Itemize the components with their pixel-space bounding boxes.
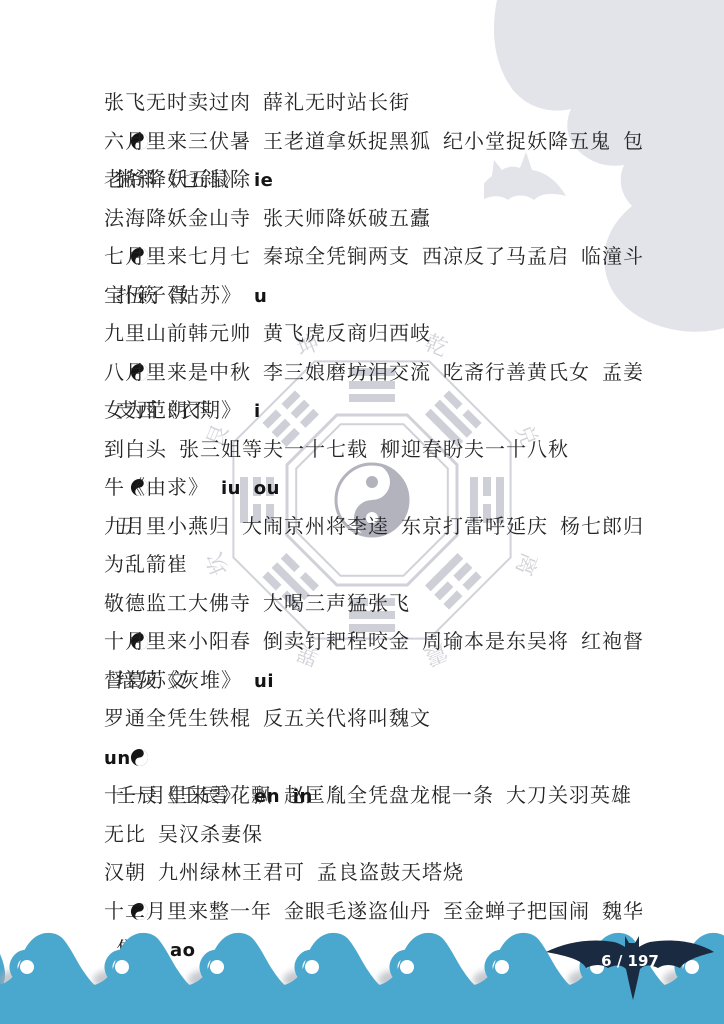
lyric-text: 无比 吴汉杀妻保 [104, 824, 263, 846]
lyric-text: 女为范朗不 [104, 400, 209, 422]
lyric-text: 十一月里来雪花飘 赵匡胤全凭盘龙棍一条 大刀关羽英雄 [104, 785, 632, 807]
lyric-text: 八月里来是中秋 李三娘磨坊泪交流 吃斋行善黄氏女 孟姜 [104, 362, 644, 384]
lyric-text: 张飞无时卖过肉 薛礼无时站长街 [104, 92, 422, 114]
text-line: 十月里来小阳春 倒卖钉耙程咬金 周瑜本是东吴将 红袍督 [104, 623, 664, 662]
text-line: 无比 吴汉杀妻保 [104, 816, 664, 855]
lyric-text: 督葛苏文 [104, 670, 188, 692]
lyric-text: 老爷降妖五鼠除 [104, 169, 251, 191]
lyric-text: 罗通全凭生铁棍 反五关代将叫魏文 [104, 708, 443, 730]
lyric-text: 宝伍子胥 [104, 285, 188, 307]
phonetic-label: ui [254, 671, 274, 692]
text-line: 敬德监工大佛寺 大喝三声猛张飞 培灰《灰堆》 ui [104, 585, 664, 624]
text-line: 十一月里来雪花飘 赵匡胤全凭盘龙棍一条 大刀关羽英雄 [104, 777, 664, 816]
text-line: 到白头 张三姐等夫一十七载 柳迎春盼夫一十八秋 丑 [104, 431, 664, 470]
lyric-text: 敬德监工大佛寺 大喝三声猛张飞 [104, 593, 422, 615]
text-line: 罗通全凭生铁棍 反五关代将叫魏文 壬辰《壬辰》 en in [104, 700, 664, 739]
text-line: 为乱箭崔 [104, 546, 664, 585]
lyric-text: 九里山前韩元帅 黄飞虎反商归西岐 [104, 323, 443, 345]
lyric-text: 六月里来三伏暑 王老道拿妖捉黑狐 纪小堂捉妖降五鬼 包 [104, 131, 644, 153]
text-line: 六月里来三伏暑 王老道拿妖捉黑狐 纪小堂捉妖降五鬼 包 [104, 123, 664, 162]
lyric-text: 法海降妖金山寺 张天师降妖破五蠹 [104, 208, 443, 230]
yinyang-icon [130, 748, 149, 767]
text-line: 九里山前韩元帅 黄飞虎反商归西岐 支西《衣期》 i [104, 315, 664, 354]
lyric-text: 十月里来小阳春 倒卖钉耙程咬金 周瑜本是东吴将 红袍督 [104, 631, 644, 653]
lyric-text: 汉朝 九州绿林王君可 孟良盗鼓天塔烧 [104, 862, 476, 884]
lyric-text: 为乱箭崔 [104, 554, 188, 576]
document-page: 乾 兑 离 震 巽 坎 艮 坤 张飞无时卖过肉 薛礼无时站长街 撇斜《乜斜》 i… [0, 0, 724, 1024]
lyric-text: 牛《由求》 [104, 477, 221, 499]
text-line: 法海降妖金山寺 张天师降妖破五蠹 扑簌《姑苏》 u [104, 200, 664, 239]
lyric-text: 七月里来七月七 秦琼全凭锏两支 西凉反了马孟启 临潼斗 [104, 246, 644, 268]
text-line: 张飞无时卖过肉 薛礼无时站长街 撇斜《乜斜》 ie [104, 84, 664, 123]
phonetic-label: ie [254, 170, 273, 191]
text-line: 七月里来七月七 秦琼全凭锏两支 西凉反了马孟启 临潼斗 [104, 238, 664, 277]
lyric-text: 到白头 张三姐等夫一十七载 柳迎春盼夫一十八秋 [104, 439, 581, 461]
text-line: un [104, 739, 664, 778]
text-line: 牛《由求》 iu ou [104, 469, 664, 508]
text-lines: 张飞无时卖过肉 薛礼无时站长街 撇斜《乜斜》 ie六月里来三伏暑 王老道拿妖捉黑… [104, 84, 664, 931]
phonetic-label: i [254, 401, 261, 422]
text-line: 汉朝 九州绿林王君可 孟良盗鼓天塔烧 焦烧 ao [104, 854, 664, 893]
lyric-text: 十二月里来整一年 金眼毛遂盗仙丹 至金蝉子把国闹 魏华 [104, 901, 644, 923]
text-line: 女为范朗不 [104, 392, 664, 431]
phonetic-label: iu ou [221, 478, 280, 499]
text-line: 九月里小燕归 大闹京州将李逵 东京打雷呼延庆 杨七郎归 [104, 508, 664, 547]
phonetic-label: un [104, 748, 131, 769]
text-line: 八月里来是中秋 李三娘磨坊泪交流 吃斋行善黄氏女 孟姜 [104, 354, 664, 393]
page-number: 6 / 197 [542, 952, 718, 970]
text-line: 老爷降妖五鼠除 [104, 161, 664, 200]
lyric-text: 九月里小燕归 大闹京州将李逵 东京打雷呼延庆 杨七郎归 [104, 516, 644, 538]
phonetic-label: u [254, 286, 267, 307]
